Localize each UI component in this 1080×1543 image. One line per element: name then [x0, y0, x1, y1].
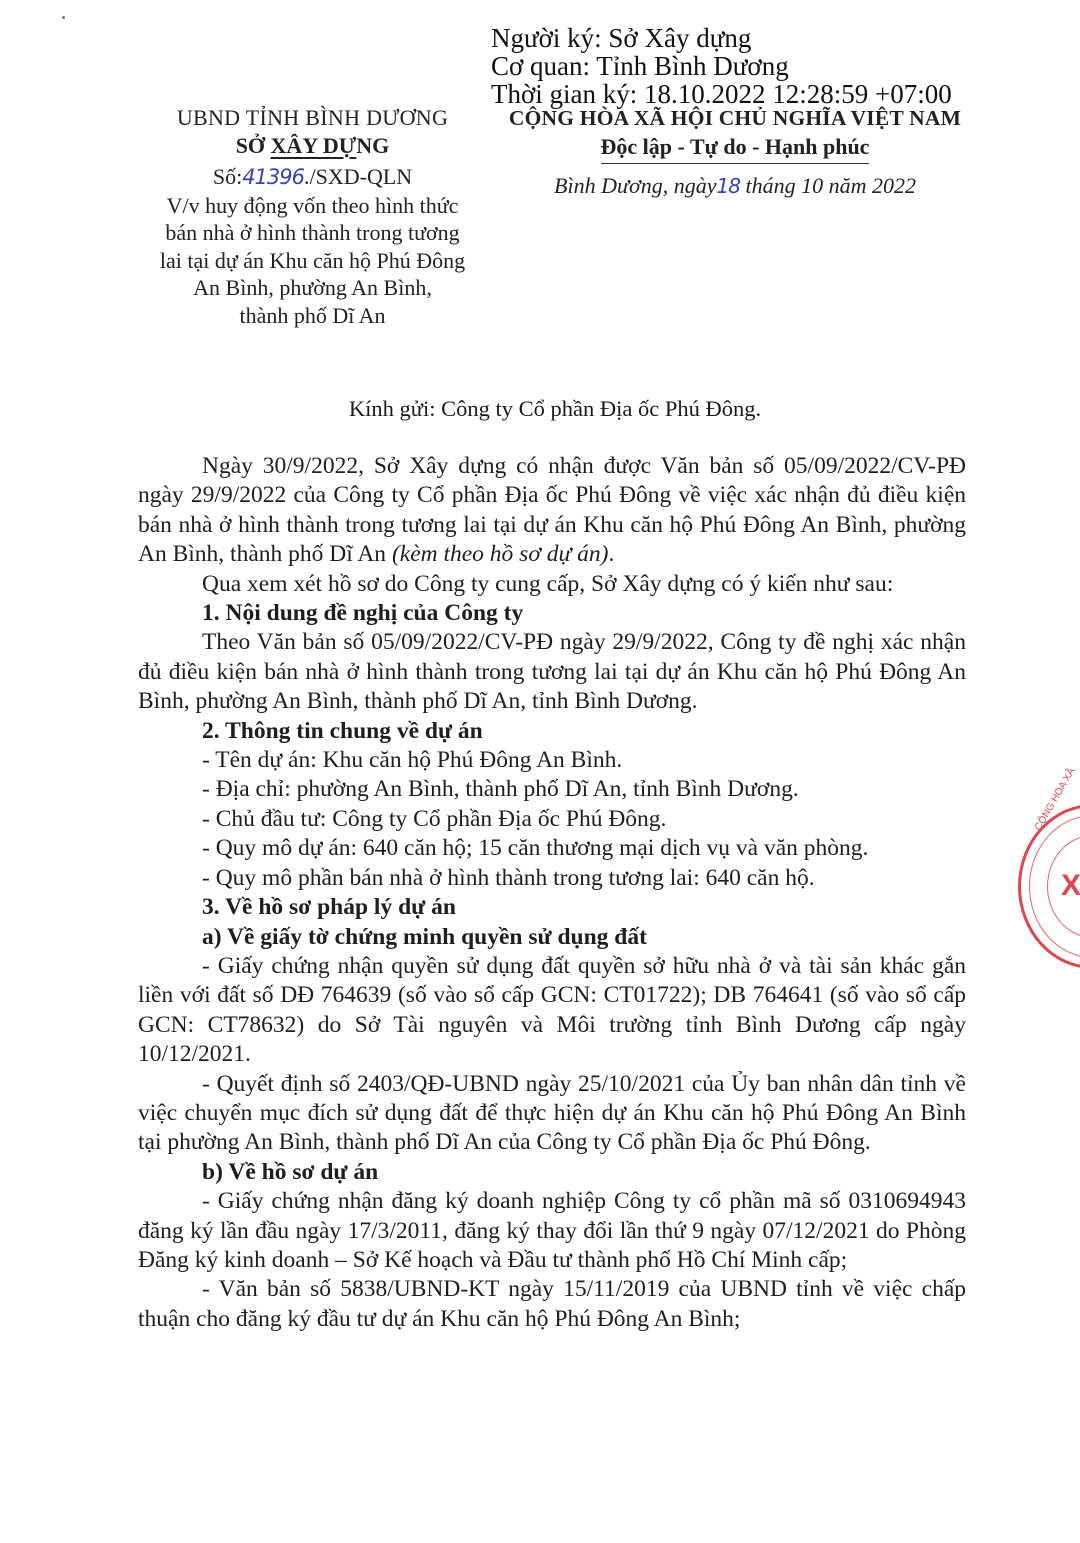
- department-underlined: XÂY DỰ: [271, 133, 357, 158]
- subject-line: bán nhà ở hình thành trong tương: [140, 219, 485, 247]
- document-number-suffix: ./SXD-QLN: [304, 164, 412, 189]
- official-seal-stamp: CỘNG HÒA XÃ XÂ: [1018, 804, 1080, 969]
- section-3-heading: 3. Về hồ sơ pháp lý dự án: [138, 893, 966, 922]
- project-info-item: - Chủ đầu tư: Công ty Cổ phần Địa ốc Phú…: [138, 805, 966, 834]
- nation-title: CỘNG HÒA XÃ HỘI CHỦ NGHĨA VIỆT NAM: [500, 104, 970, 132]
- department-prefix: SỞ: [236, 133, 271, 158]
- subject-line: thành phố Dĩ An: [140, 302, 485, 330]
- section-3a-heading: a) Về giấy tờ chứng minh quyền sử dụng đ…: [138, 923, 966, 952]
- project-info-item: - Địa chỉ: phường An Bình, thành phố Dĩ …: [138, 775, 966, 804]
- handwritten-day: 18: [717, 174, 740, 198]
- document-number: Số:41396./SXD-QLN: [140, 163, 485, 192]
- document-subject: V/v huy động vốn theo hình thức bán nhà …: [140, 192, 485, 330]
- land-document-item: - Giấy chứng nhận quyền sử dụng đất quyề…: [138, 952, 966, 1070]
- section-1-text: Theo Văn bản số 05/09/2022/CV-PĐ ngày 29…: [138, 628, 966, 716]
- national-header: CỘNG HÒA XÃ HỘI CHỦ NGHĨA VIỆT NAM Độc l…: [500, 104, 970, 200]
- project-info-item: - Quy mô dự án: 640 căn hộ; 15 căn thươn…: [138, 834, 966, 863]
- subject-line: V/v huy động vốn theo hình thức: [140, 192, 485, 220]
- signature-signer: Người ký: Sở Xây dựng: [491, 24, 952, 52]
- subject-line: An Bình, phường An Bình,: [140, 274, 485, 302]
- place-date-line: Bình Dương, ngày18 tháng 10 năm 2022: [500, 172, 970, 200]
- land-document-item: - Quyết định số 2403/QĐ-UBND ngày 25/10/…: [138, 1070, 966, 1158]
- section-3b-heading: b) Về hồ sơ dự án: [138, 1158, 966, 1187]
- intro-end: .: [609, 541, 615, 567]
- project-info-item: - Tên dự án: Khu căn hộ Phú Đông An Bình…: [138, 746, 966, 775]
- document-number-label: Số:: [213, 164, 242, 189]
- date-prefix: Bình Dương, ngày: [554, 173, 716, 198]
- subject-line: lai tại dự án Khu căn hộ Phú Đông: [140, 247, 485, 275]
- national-motto: Độc lập - Tự do - Hạnh phúc: [601, 132, 870, 164]
- section-2-heading: 2. Thông tin chung về dự án: [138, 717, 966, 746]
- intro-attachment-note: (kèm theo hồ sơ dự án): [392, 541, 609, 567]
- issuing-authority-header: UBND TỈNH BÌNH DƯƠNG SỞ XÂY DỰNG Số:4139…: [140, 104, 485, 329]
- project-document-item: - Giấy chứng nhận đăng ký doanh nghiệp C…: [138, 1187, 966, 1275]
- review-paragraph: Qua xem xét hồ sơ do Công ty cung cấp, S…: [138, 570, 966, 599]
- document-page: Người ký: Sở Xây dựng Cơ quan: Tỉnh Bình…: [0, 0, 1080, 1543]
- parent-organization: UBND TỈNH BÌNH DƯƠNG: [140, 104, 485, 132]
- document-body: Ngày 30/9/2022, Sở Xây dựng có nhận được…: [138, 452, 966, 1334]
- project-document-item: - Văn bản số 5838/UBND-KT ngày 15/11/201…: [138, 1275, 966, 1334]
- stamp-center-text: XÂ: [1061, 869, 1080, 903]
- section-1-heading: 1. Nội dung đề nghị của Công ty: [138, 599, 966, 628]
- department-suffix: NG: [356, 133, 389, 158]
- recipient-line: Kính gửi: Công ty Cổ phần Địa ốc Phú Đôn…: [140, 394, 970, 424]
- issuing-department: SỞ XÂY DỰNG: [140, 132, 485, 160]
- signature-agency: Cơ quan: Tỉnh Bình Dương: [491, 52, 952, 80]
- scan-speck: [62, 16, 65, 19]
- handwritten-number: 41396: [242, 165, 304, 189]
- digital-signature-block: Người ký: Sở Xây dựng Cơ quan: Tỉnh Bình…: [491, 24, 952, 108]
- project-info-item: - Quy mô phần bán nhà ở hình thành trong…: [138, 864, 966, 893]
- stamp-ring-text: CỘNG HÒA XÃ: [1033, 766, 1078, 832]
- intro-paragraph: Ngày 30/9/2022, Sở Xây dựng có nhận được…: [138, 452, 966, 570]
- date-suffix: tháng 10 năm 2022: [740, 173, 916, 198]
